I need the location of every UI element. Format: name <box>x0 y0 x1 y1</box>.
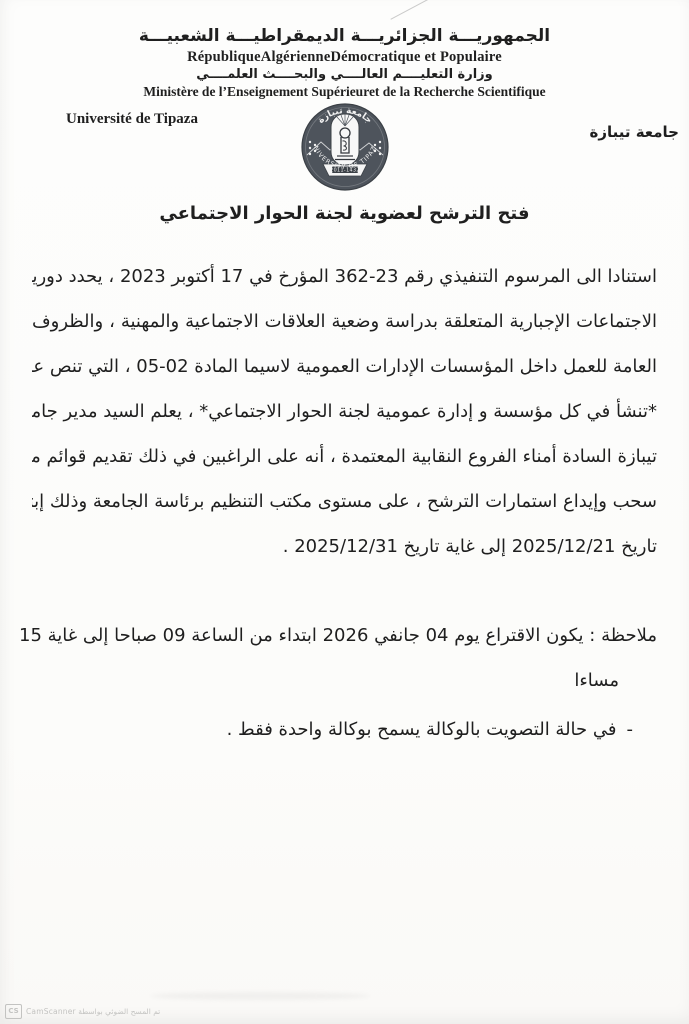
body-line: سحب وإيداع استمارات الترشح ، على مستوى م… <box>32 479 657 524</box>
ministry-name-french: Ministère de l’Enseignement Supérieuret … <box>0 83 689 101</box>
scan-smudge <box>150 992 370 1000</box>
university-name-french: Université de Tipaza <box>66 111 198 128</box>
scanned-document-page: الجمهوريـــة الجزائريـــة الديمقراطيـــة… <box>0 0 689 1024</box>
note-section: ملاحظة : يكون الاقتراع يوم 04 جانفي 2026… <box>32 613 657 703</box>
document-body: استنادا الى المرسوم التنفيذي رقم 23-362 … <box>32 254 657 569</box>
republic-name-arabic: الجمهوريـــة الجزائريـــة الديمقراطيـــة… <box>0 24 689 48</box>
note-line: ملاحظة : يكون الاقتراع يوم 04 جانفي 2026… <box>32 613 657 658</box>
republic-name-french: RépubliqueAlgérienneDémocratique et Popu… <box>0 48 689 66</box>
note-line: مساءا <box>32 658 657 703</box>
document-title: فتح الترشح لعضوية لجنة الحوار الاجتماعي <box>0 203 689 224</box>
university-seal-logo: جامعة تيبازة 2011-1432 <box>301 103 389 195</box>
university-row: Université de Tipaza <box>0 105 689 195</box>
body-line: العامة للعمل داخل المؤسسات الإدارات العم… <box>32 344 657 389</box>
body-line: *تنشأ في كل مؤسسة و إدارة عمومية لجنة ال… <box>32 389 657 434</box>
body-line: استنادا الى المرسوم التنفيذي رقم 23-362 … <box>32 254 657 299</box>
body-line: تاريخ 2025/12/21 إلى غاية تاريخ 2025/12/… <box>32 524 657 569</box>
ministry-name-arabic: وزارة التعليــــم العالــــي والبحــــث … <box>0 66 689 83</box>
document-header: الجمهوريـــة الجزائريـــة الديمقراطيـــة… <box>0 0 689 101</box>
camscanner-watermark-text: تم المسح الضوئي بواسطة CamScanner <box>26 1007 160 1016</box>
bullet-dash-marker: - <box>627 717 634 743</box>
seal-mausoleum-emblem <box>331 114 359 165</box>
university-name-arabic: جامعة تيبازة <box>589 123 679 141</box>
university-seal-icon: جامعة تيبازة 2011-1432 <box>301 103 389 191</box>
bullet-text: في حالة التصويت بالوكالة يسمح بوكالة واح… <box>227 717 617 743</box>
camscanner-watermark: CS تم المسح الضوئي بواسطة CamScanner <box>5 1004 160 1019</box>
body-line: تيبازة السادة أمناء الفروع النقابية المع… <box>32 434 657 479</box>
body-line: الاجتماعات الإجبارية المتعلقة بدراسة وضع… <box>32 299 657 344</box>
bullet-item: - في حالة التصويت بالوكالة يسمح بوكالة و… <box>32 717 657 743</box>
camscanner-logo-icon: CS <box>5 1004 22 1019</box>
